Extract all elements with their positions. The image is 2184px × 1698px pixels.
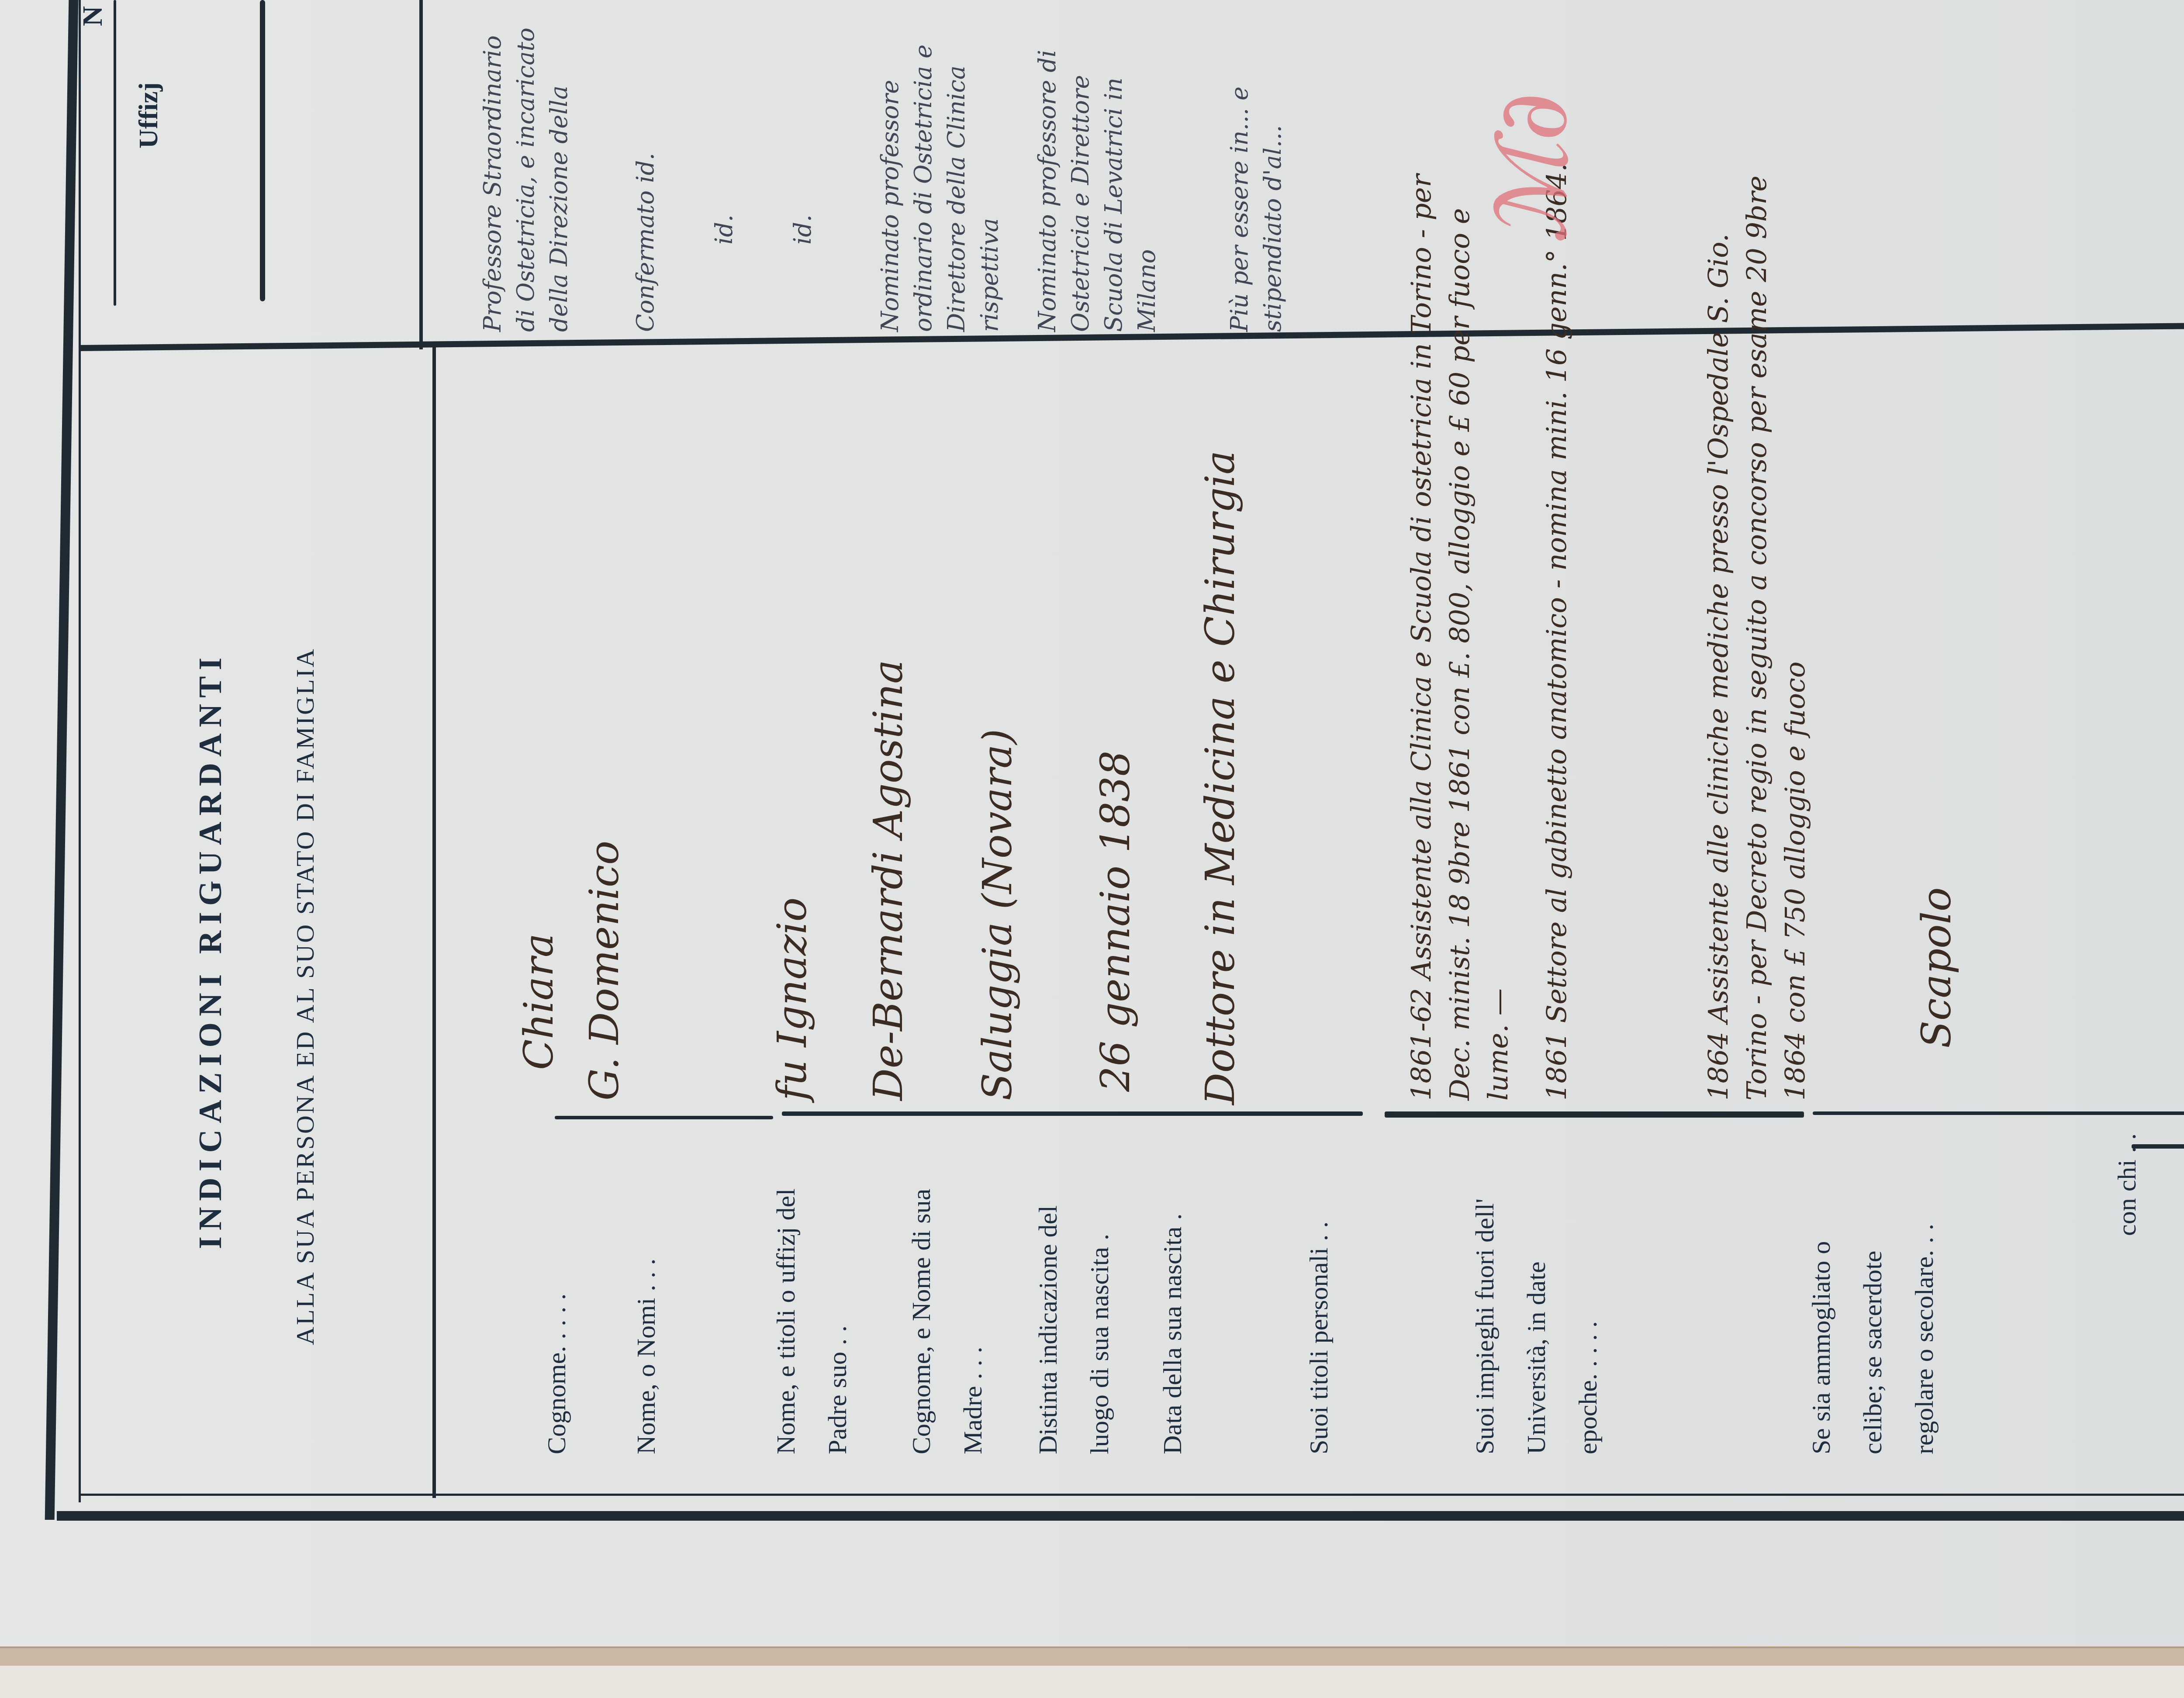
page-edge: [0, 1646, 2184, 1667]
red-pencil-annotation: ℳ∂: [1476, 92, 1588, 245]
field-separator: [555, 1116, 773, 1119]
header-subtitle: ALLA SUA PERSONA ED AL SUO STATO DI FAMI…: [290, 647, 320, 1345]
value-madre: De-Bernardi Agostina: [865, 660, 912, 1101]
label-nome: Nome, o Nomi . . .: [620, 1259, 672, 1454]
impiego-entry: 1861-62 Assistente alla Clinica e Scuola…: [1402, 140, 1517, 1101]
uffizj-entry: Professore Straordinario di Ostetricia, …: [476, 9, 576, 332]
uffizj-entry: id.: [786, 214, 819, 245]
underlying-page: [0, 1666, 2184, 1698]
label-data-nascita: Data della sua nascita .: [1147, 1214, 1198, 1454]
impiego-entry: 1864 Assistente alle cliniche mediche pr…: [1699, 140, 1814, 1101]
header-title: INDICAZIONI RIGUARDANTI: [192, 652, 229, 1249]
value-cognome: Chiara: [515, 933, 562, 1070]
field-separator: [2132, 1144, 2184, 1149]
impiego-entry: 1861 Settore al gabinetto anatomico - no…: [1538, 140, 1576, 1101]
frame-border: [81, 1494, 2184, 1496]
value-padre: fu Ignazio: [769, 897, 816, 1101]
impiego-text: Settore al gabinetto anatomico - nomina …: [1541, 163, 1572, 1023]
impiego-year: 1864: [1702, 1032, 1734, 1101]
frame-border: [79, 0, 81, 1502]
value-nome: G. Domenico: [581, 841, 628, 1101]
uffizj-entry: Più per essere in... e stipendiato d'al.…: [1223, 9, 1289, 332]
field-separator: [1813, 1111, 2184, 1115]
uffizj-entry: Confermato id.: [629, 153, 662, 332]
label-padre: Nome, e titoli o uffizj del Padre suo . …: [760, 1184, 863, 1454]
frame-border: [57, 1511, 2184, 1521]
impiego-text: Assistente alla Clinica e Scuola di oste…: [1405, 174, 1514, 1101]
label-stato-civile: Se sia ammogliato o celibe; se sacerdote…: [1795, 1175, 1950, 1454]
column-divider: [432, 345, 436, 1498]
decorative-rule: [260, 0, 265, 301]
label-cognome: Cognome. . . . .: [531, 1294, 582, 1454]
value-stato-civile: Scapolo: [1913, 887, 1960, 1049]
field-separator: [782, 1111, 1363, 1116]
uffizj-entry: Nominato professore ordinario di Ostetri…: [874, 9, 1006, 332]
impiego-year: 1861: [1541, 1032, 1572, 1101]
column-header-uffizj: Uffizj: [133, 83, 164, 148]
column-divider: [419, 0, 423, 349]
label-impieghi: Suoi impieghi fuori dell' Università, in…: [1459, 1175, 1614, 1454]
uffizj-entry: Nominato professore di Ostetricia e Dire…: [1031, 9, 1164, 332]
value-titoli: Dottore in Medicina e Chirurgia: [1197, 451, 1244, 1105]
field-separator: [1385, 1111, 1804, 1118]
sublabel-con-chi: con chi . .: [2101, 1133, 2153, 1236]
value-data-nascita: 26 gennaio 1838: [1092, 751, 1139, 1092]
label-luogo-nascita: Distinta indicazione del luogo di sua na…: [1022, 1157, 1125, 1454]
label-titoli: Suoi titoli personali . .: [1293, 1222, 1344, 1454]
label-madre: Cognome, e Nome di sua Madre . . .: [895, 1184, 999, 1454]
label-se-ammogliato: Se ammogliato: [2175, 1296, 2184, 1454]
section-title-nom: NOM: [76, 0, 109, 26]
impiego-year: 1861-62: [1405, 988, 1437, 1101]
value-luogo-nascita: Saluggia (Novara): [974, 729, 1021, 1101]
decorative-rule: [114, 0, 116, 306]
impiego-text: Assistente alle cliniche mediche presso …: [1702, 176, 1811, 1101]
uffizj-entry: id.: [708, 214, 741, 245]
